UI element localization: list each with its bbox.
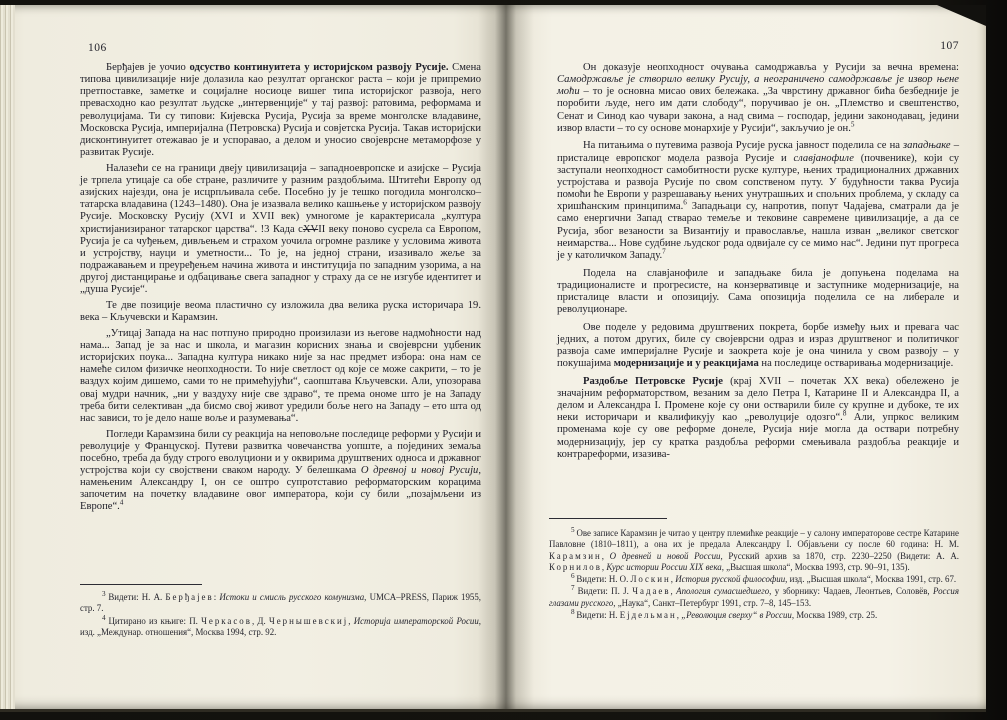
page-corner-cut [937, 5, 986, 26]
paragraph: Ове поделе у редовима друштвених покрета… [557, 322, 959, 371]
footnote-separator-left [80, 584, 202, 585]
footnote: 3 Видети: Н. А. Берђајев: Истоки и смисл… [80, 592, 481, 615]
paragraph: Он доказује неопходност очувања самодржа… [557, 62, 959, 135]
footnote: 4 Цитирано из књиге: П. Черкасов, Д. Чер… [80, 616, 481, 639]
footnote: 8 Видети: Н. Ејдельман, „Революция сверх… [549, 610, 959, 621]
footnote: 5 Ове записе Карамзин је читао у центру … [549, 528, 959, 573]
page-stack-edge [0, 5, 15, 709]
paragraph: „Утицај Запада на нас потпуно природно п… [80, 328, 481, 425]
right-page-footnotes: 5 Ове записе Карамзин је читао у центру … [549, 528, 959, 622]
right-page-body: Он доказује неопходност очувања самодржа… [557, 62, 959, 466]
footnote-separator-right [549, 518, 667, 519]
page-number-right: 107 [557, 40, 959, 52]
page-number-left: 106 [88, 42, 107, 54]
paragraph: Раздобље Петровске Русије (крај XVII – п… [557, 376, 959, 461]
paragraph: Налазећи се на граници двеју цивилизациј… [80, 163, 481, 297]
book-spread-scan: 106 107 Берђајев је уочио одсуство конти… [0, 0, 1007, 720]
paragraph: Те две позиције веома пластично су излож… [80, 300, 481, 324]
paragraph: Погледи Карамзина били су реакција на не… [80, 429, 481, 514]
book-gutter-shadow [478, 5, 534, 709]
footnote: 6 Видети: Н. О. Лоскин, История русской … [549, 574, 959, 585]
paragraph: Берђајев је уочио одсуство континуитета … [80, 62, 481, 159]
paragraph: Подела на славјанофиле и западњаке била … [557, 268, 959, 317]
left-page-footnotes: 3 Видети: Н. А. Берђајев: Истоки и смисл… [80, 592, 481, 639]
left-page-body: Берђајев је уочио одсуство континуитета … [80, 62, 481, 517]
footnote: 7 Видети: П. Ј. Чадаев, Апология сумасше… [549, 586, 959, 609]
paragraph: На питањима о путевима развоја Русије ру… [557, 140, 959, 262]
